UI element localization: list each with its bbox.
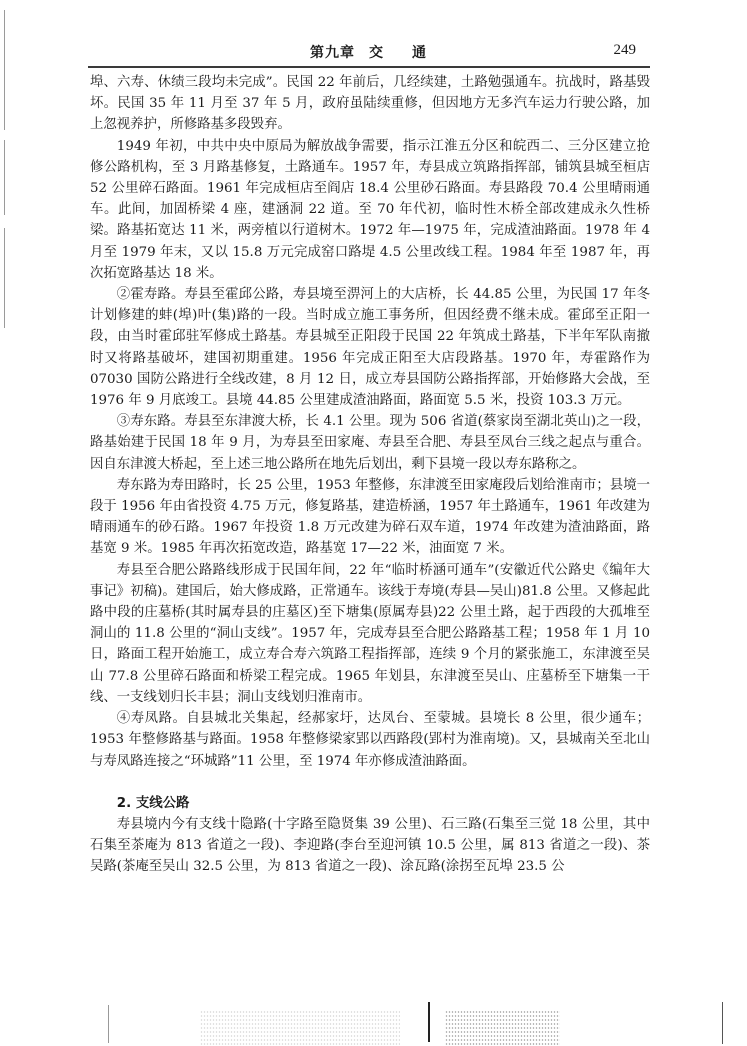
scan-mark (428, 1002, 430, 1042)
scan-edge-line (4, 140, 5, 215)
scan-edge-line (4, 10, 5, 130)
paragraph: 寿东路为寿田路时，长 25 公里，1953 年整修，东津渡至田家庵段后划给淮南市… (90, 475, 650, 560)
scan-edge-line (4, 228, 5, 328)
scan-speckle (445, 1010, 560, 1046)
page-number: 249 (614, 42, 637, 59)
paragraph: ②霍寿路。寿县至霍邱公路，寿县境至淠河上的大店桥，长 44.85 公里，为民国 … (90, 284, 650, 411)
chapter-number: 第九章 (310, 45, 355, 61)
paragraph: 1949 年初，中共中央中原局为解放战争需要，指示江淮五分区和皖西二、三分区建立… (90, 136, 650, 284)
section-heading: 2. 支线公路 (90, 793, 650, 814)
page-body: 埠、六寿、休绩三段均未完成”。民国 22 年前后，几经续建，土路勉强通车。抗战时… (90, 72, 650, 878)
running-header: 第九章交通 249 (88, 38, 650, 62)
scan-artifacts (0, 1000, 747, 1046)
scan-mark (108, 1005, 109, 1043)
paragraph: ④寿凤路。自县城北关集起，经郝家圩，达凤台、至蒙城。县境长 8 公里，很少通车；… (90, 708, 650, 772)
paragraph: 埠、六寿、休绩三段均未完成”。民国 22 年前后，几经续建，土路勉强通车。抗战时… (90, 72, 650, 136)
paragraph: 寿县至合肥公路路线形成于民国年间，22 年“临时桥涵可通车”(安徽近代公路史《编… (90, 560, 650, 708)
scan-speckle (200, 1010, 400, 1046)
header-rule (88, 66, 650, 68)
chapter-title: 第九章交通 (310, 42, 427, 62)
paragraph: 寿县境内今有支线十隐路(十字路至隐贤集 39 公里)、石三路(石集至三觉 18 … (90, 814, 650, 878)
chapter-title-part2: 通 (412, 45, 427, 61)
chapter-title-part1: 交 (369, 45, 384, 61)
scan-mark (722, 1002, 723, 1044)
paragraph: ③寿东路。寿县至东津渡大桥，长 4.1 公里。现为 506 省道(蔡家岗至湖北英… (90, 411, 650, 475)
